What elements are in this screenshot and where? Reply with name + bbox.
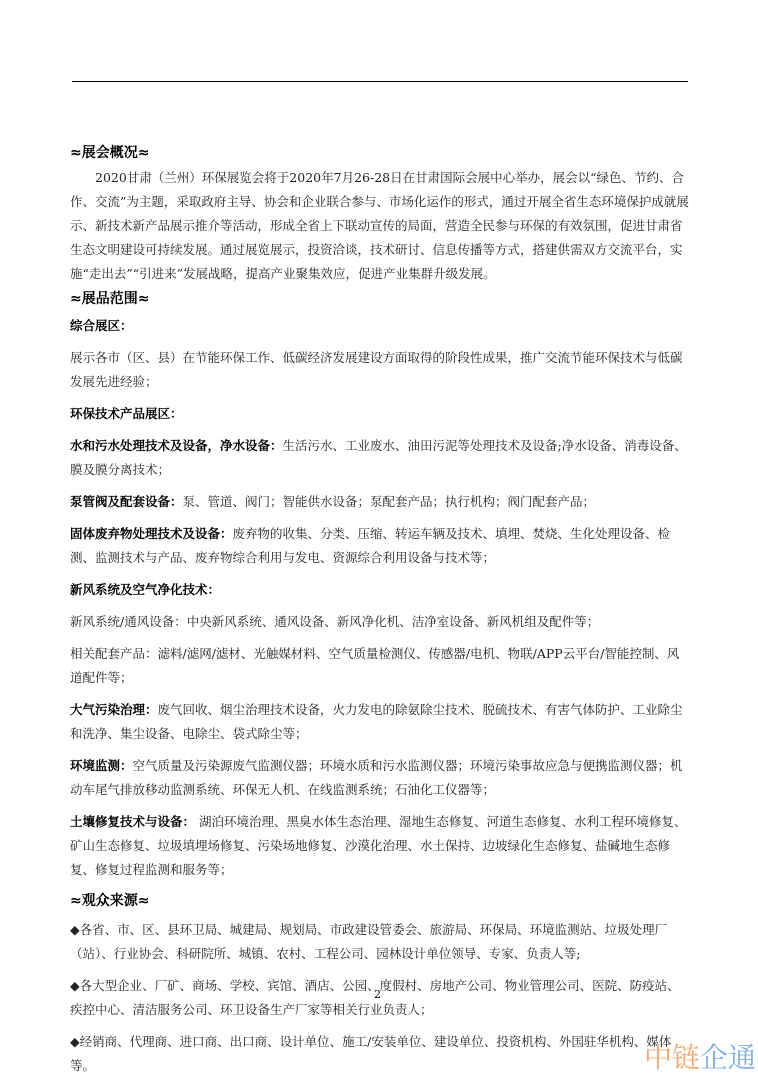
- scope-item: 固体废弃物处理技术及设备：废弃物的收集、分类、压缩、转运车辆及技术、填埋、焚烧、…: [70, 522, 690, 570]
- document-body: ≈展会概况≈ 2020甘肃（兰州）环保展览会将于2020年7月26-28日在甘肃…: [70, 140, 690, 1077]
- scope-item-text: 空气质量及污染源废气监测仪器；环境水质和污水监测仪器；环境污染事故应急与便携监测…: [70, 758, 683, 797]
- scope-item-label: 固体废弃物处理技术及设备：: [70, 526, 233, 541]
- audience-item: ◆经销商、代理商、进口商、出口商、设计单位、施工/安装单位、建设单位、投资机构、…: [70, 1030, 690, 1077]
- scope-item: 大气污染治理：废气回收、烟尘治理技术设备，火力发电的除氨除尘技术、脱硫技术、有害…: [70, 698, 690, 746]
- watermark-part-1: 中链: [644, 1041, 700, 1074]
- scope-item-text: 泵、管道、阀门；智能供水设备；泵配套产品；执行机构；阀门配套产品；: [183, 494, 596, 509]
- scope-item-label: 环境监测：: [70, 758, 133, 773]
- scope-item-label: 土壤修复技术与设备：: [70, 814, 195, 829]
- section-heading-audience: ≈观众来源≈: [70, 888, 690, 914]
- header-rule: [72, 81, 688, 82]
- scope-item-label: 大气污染治理：: [70, 702, 158, 717]
- section-heading-overview: ≈展会概况≈: [70, 140, 690, 166]
- watermark-part-2: 企通: [700, 1041, 756, 1074]
- watermark-logo: 中链企通: [644, 1036, 756, 1076]
- scope-item-label: 水和污水处理技术及设备，净水设备：: [70, 438, 283, 453]
- page-number: 2: [374, 988, 381, 1001]
- section-heading-scope: ≈展品范围≈: [70, 286, 690, 312]
- fresh-air-title: 新风系统及空气净化技术：: [70, 578, 690, 602]
- fresh-air-line: 新风系统/通风设备：中央新风系统、通风设备、新风净化机、洁净室设备、新风机组及配…: [70, 610, 690, 634]
- audience-item: ◆各省、市、区、县环卫局、城建局、规划局、市政建设管委会、旅游局、环保局、环境监…: [70, 918, 690, 966]
- scope-item: 泵管阀及配套设备：泵、管道、阀门；智能供水设备；泵配套产品；执行机构；阀门配套产…: [70, 490, 690, 514]
- zone-title-general: 综合展区：: [70, 314, 690, 338]
- scope-item: 水和污水处理技术及设备，净水设备：生活污水、工业废水、油田污泥等处理技术及设备;…: [70, 434, 690, 482]
- scope-item: 环境监测：空气质量及污染源废气监测仪器；环境水质和污水监测仪器；环境污染事故应急…: [70, 754, 690, 802]
- zone-text-general: 展示各市（区、县）在节能环保工作、低碳经济发展建设方面取得的阶段性成果，推广交流…: [70, 346, 690, 394]
- scope-item: 土壤修复技术与设备： 湖泊环境治理、黑臭水体生态治理、湿地生态修复、河道生态修复…: [70, 810, 690, 882]
- scope-item-label: 泵管阀及配套设备：: [70, 494, 183, 509]
- overview-paragraph: 2020甘肃（兰州）环保展览会将于2020年7月26-28日在甘肃国际会展中心举…: [70, 166, 690, 286]
- scope-item-text: 废气回收、烟尘治理技术设备，火力发电的除氨除尘技术、脱硫技术、有害气体防护、工业…: [70, 702, 683, 741]
- fresh-air-line: 相关配套产品：滤料/滤网/滤材、光触媒材料、空气质量检测仪、传感器/电机、物联/…: [70, 642, 690, 690]
- zone-title-tech: 环保技术产品展区：: [70, 402, 690, 426]
